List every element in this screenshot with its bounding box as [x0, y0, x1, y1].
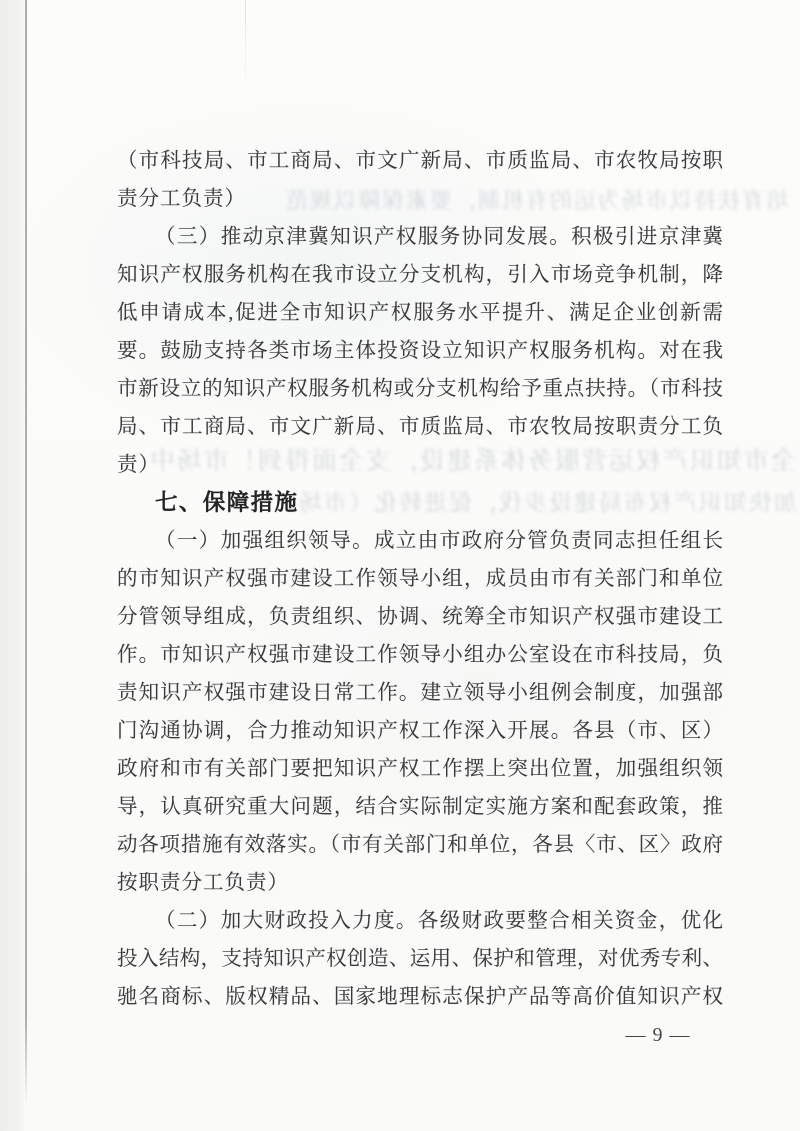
text-line: 门沟通协调，合力推动知识产权工作深入开展。各县（市、区） [117, 712, 723, 750]
text-line: 责） [117, 446, 723, 484]
text-line: 低申请成本,促进全市知识产权服务水平提升、满足企业创新需 [117, 294, 723, 332]
scan-edge-strip [0, 0, 24, 1131]
text-line: 市新设立的知识产权服务机构或分支机构给予重点扶持。（市科技 [117, 370, 723, 408]
text-line: 动各项措施有效落实。（市有关部门和单位，各县〈市、区〉政府 [117, 826, 723, 864]
text-line: 作。市知识产权强市建设工作领导小组办公室设在市科技局，负 [117, 636, 723, 674]
text-line: 分管领导组成，负责组织、协调、统筹全市知识产权强市建设工 [117, 598, 723, 636]
paper-fold-line [245, 0, 246, 95]
text-line: 驰名商标、版权精品、国家地理标志保护产品等高价值知识产权 [117, 978, 723, 1016]
text-column: （市科技局、市工商局、市文广新局、市质监局、市农牧局按职责分工负责）（三）推动京… [117, 142, 723, 1016]
text-line: 政府和市有关部门要把知识产权工作摆上突出位置，加强组织领 [117, 750, 723, 788]
text-line: 的市知识产权强市建设工作领导小组，成员由市有关部门和单位 [117, 560, 723, 598]
scan-edge-line [25, 0, 27, 1105]
page-number: — 9 — [612, 1022, 704, 1048]
text-line: （市科技局、市工商局、市文广新局、市质监局、市农牧局按职 [117, 142, 723, 180]
text-line: （三）推动京津冀知识产权服务协同发展。积极引进京津冀 [117, 218, 723, 256]
text-line: 要。鼓励支持各类市场主体投资设立知识产权服务机构。对在我 [117, 332, 723, 370]
text-line: 责分工负责） [117, 180, 723, 218]
text-line: 投入结构，支持知识产权创造、运用、保护和管理，对优秀专利、 [117, 940, 723, 978]
text-line: 责知识产权强市建设日常工作。建立领导小组例会制度，加强部 [117, 674, 723, 712]
text-line: 局、市工商局、市文广新局、市质监局、市农牧局按职责分工负 [117, 408, 723, 446]
text-line: 导，认真研究重大问题，结合实际制定实施方案和配套政策，推 [117, 788, 723, 826]
text-line: （二）加大财政投入力度。各级财政要整合相关资金，优化 [117, 902, 723, 940]
text-line: 知识产权服务机构在我市设立分支机构，引入市场竞争机制，降 [117, 256, 723, 294]
text-line: （一）加强组织领导。成立由市政府分管负责同志担任组长 [117, 522, 723, 560]
section-heading: 七、保障措施 [117, 484, 723, 522]
document-page: 培育扶持以市场为运的有机制，要素保障以规范全市知识产权运营服务体系建设，支全面得… [0, 0, 800, 1131]
text-line: 按职责分工负责） [117, 864, 723, 902]
